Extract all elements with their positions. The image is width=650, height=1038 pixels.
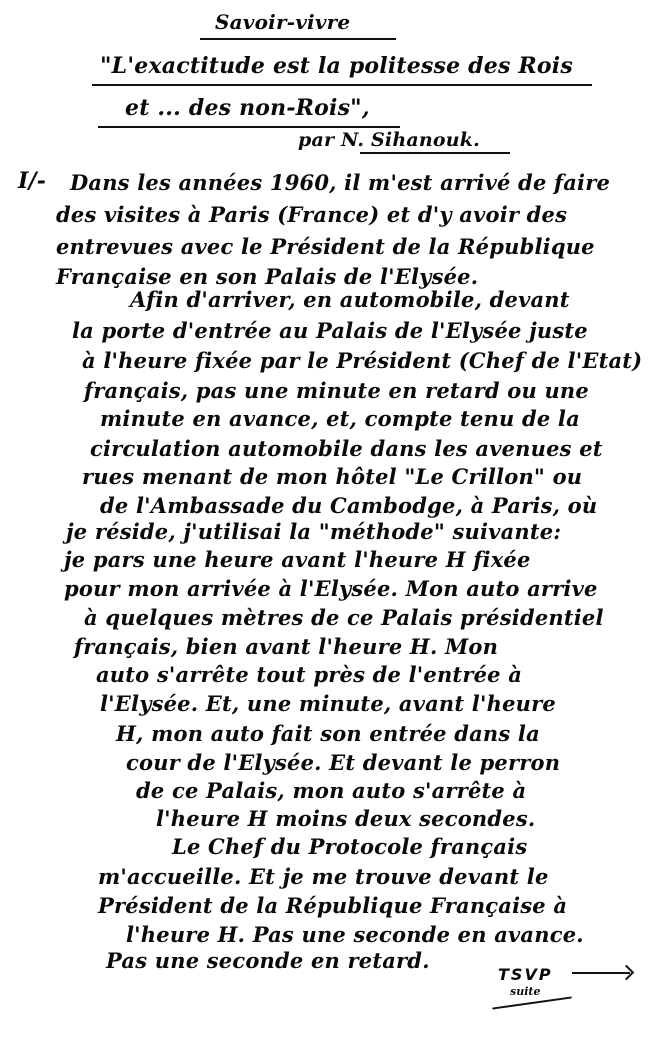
body-line: l'heure H. Pas une seconde en avance. xyxy=(126,924,584,945)
body-line: Pas une seconde en retard. xyxy=(106,950,430,971)
body-line: je pars une heure avant l'heure H fixée xyxy=(64,549,531,570)
byline-underline xyxy=(360,152,510,154)
body-line: Afin d'arriver, en automobile, devant xyxy=(130,289,570,310)
body-line: H, mon auto fait son entrée dans la xyxy=(116,723,540,744)
continuation-mark: suite xyxy=(510,985,540,998)
body-line: pour mon arrivée à l'Elysée. Mon auto ar… xyxy=(64,578,598,599)
handwritten-letter-page: Savoir-vivre "L'exactitude est la polite… xyxy=(0,0,650,1038)
body-line: Dans les années 1960, il m'est arrivé de… xyxy=(70,172,610,193)
body-line: l'heure H moins deux secondes. xyxy=(156,808,535,829)
body-line: je réside, j'utilisai la "méthode" suiva… xyxy=(66,521,561,542)
body-line: de ce Palais, mon auto s'arrête à xyxy=(136,780,526,801)
body-line: Le Chef du Protocole français xyxy=(172,836,527,857)
title-underline xyxy=(200,38,396,40)
quote-underline-2 xyxy=(98,126,400,128)
body-line: rues menant de mon hôtel "Le Crillon" ou xyxy=(82,466,582,487)
body-line: à l'heure fixée par le Président (Chef d… xyxy=(82,350,642,371)
continuation-underline xyxy=(492,996,571,1009)
body-line: entrevues avec le Président de la Républ… xyxy=(56,236,595,257)
body-line: l'Elysée. Et, une minute, avant l'heure xyxy=(100,693,556,714)
byline: par N. Sihanouk. xyxy=(298,131,480,150)
body-line: cour de l'Elysée. Et devant le perron xyxy=(126,752,560,773)
body-line: auto s'arrête tout près de l'entrée à xyxy=(96,664,522,685)
body-line: circulation automobile dans les avenues … xyxy=(90,438,603,459)
tsvp-label: TSVP xyxy=(498,965,553,984)
body-line: à quelques mètres de ce Palais président… xyxy=(84,607,604,628)
body-line: minute en avance, et, compte tenu de la xyxy=(100,408,580,429)
right-arrow-icon xyxy=(572,972,630,974)
quote-underline-1 xyxy=(92,84,592,86)
body-line: Française en son Palais de l'Elysée. xyxy=(56,266,478,287)
body-line: français, pas une minute en retard ou un… xyxy=(84,380,589,401)
body-line: la porte d'entrée au Palais de l'Elysée … xyxy=(72,320,588,341)
body-line: des visites à Paris (France) et d'y avoi… xyxy=(56,204,567,225)
quote-line-2: et ... des non-Rois", xyxy=(125,97,370,119)
quote-line-1: "L'exactitude est la politesse des Rois xyxy=(100,55,573,77)
body-line: Président de la République Française à xyxy=(98,895,567,916)
section-marker: I/- xyxy=(18,170,46,192)
body-line: français, bien avant l'heure H. Mon xyxy=(74,636,498,657)
document-title: Savoir-vivre xyxy=(215,12,350,32)
body-line: de l'Ambassade du Cambodge, à Paris, où xyxy=(100,495,597,516)
body-line: m'accueille. Et je me trouve devant le xyxy=(98,866,549,887)
